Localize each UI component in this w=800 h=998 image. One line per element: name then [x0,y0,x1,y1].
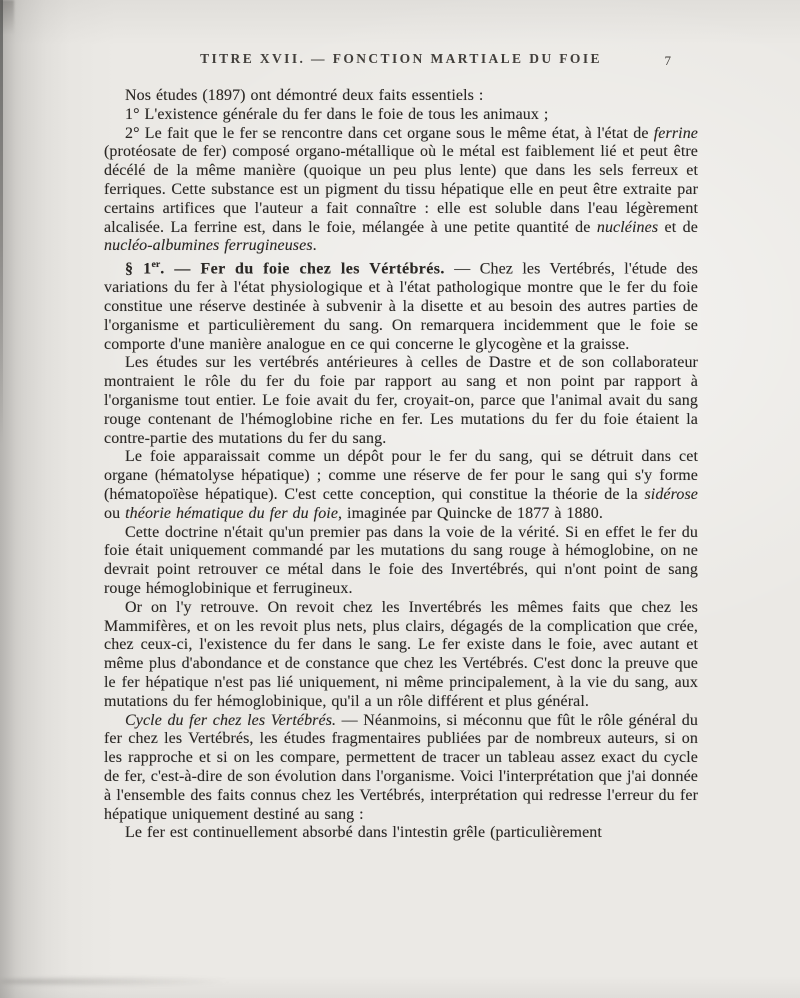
paragraph: 2° Le fait que le fer se rencontre dans … [104,125,698,257]
text-run: ferrine [654,125,698,142]
corner-smudge [0,0,14,34]
text-run: . — Fer du foie chez les Vértébrés. [160,261,445,278]
text-run: Or on l'y retrouve. On revoit chez les I… [104,599,698,710]
running-header: TITRE XVII. — FONCTION MARTIALE DU FOIE … [104,50,698,70]
scan-edge-line [0,0,3,445]
text-run: Cycle du fer chez les Vertébrés. [125,712,336,729]
paragraph: Or on l'y retrouve. On revoit chez les I… [104,599,698,712]
header-title: TITRE XVII. — FONCTION MARTIALE DU FOIE [200,51,602,66]
paragraph: Cycle du fer chez les Vertébrés. — Néanm… [104,712,698,825]
text-run: 1° L'existence générale du fer dans le f… [125,106,548,123]
text-run: nucléo-albumines ferrugineuses [104,237,313,254]
page-number: 7 [665,53,673,69]
text-run: § 1 [125,261,151,278]
text-run: 2° Le fait que le fer se rencontre dans … [125,125,654,142]
body-text: Nos études (1897) ont démontré deux fait… [104,87,698,843]
text-run: Cette doctrine n'était qu'un premier pas… [104,524,698,597]
scanned-book-page: TITRE XVII. — FONCTION MARTIALE DU FOIE … [0,0,800,998]
text-run: Le foie apparaissait comme un dépôt pour… [104,448,698,503]
paragraph: Nos études (1897) ont démontré deux fait… [104,87,698,106]
paragraph: 1° L'existence générale du fer dans le f… [104,106,698,125]
text-run: nucléines [597,219,658,236]
paragraph: Le foie apparaissait comme un dépôt pour… [104,448,698,523]
text-run: théorie hématique du fer du foie [125,505,338,522]
text-run: ou [104,505,125,522]
text-run: er [151,259,160,270]
binding-shadow [0,0,70,998]
text-run: . [313,237,317,254]
text-run: sidérose [644,486,698,503]
paragraph: Le fer est continuellement absorbé dans … [104,824,698,843]
bottom-scan-smudge [0,978,250,985]
text-run: , imaginée par Quincke de 1877 à 1880. [338,505,603,522]
paragraph: § 1er. — Fer du foie chez les Vértébrés.… [104,256,698,354]
text-run: Le fer est continuellement absorbé dans … [125,824,602,841]
text-run: et de [658,219,698,236]
text-run: Les études sur les vertébrés antérieures… [104,354,698,446]
paragraph: Cette doctrine n'était qu'un premier pas… [104,524,698,599]
text-run: Nos études (1897) ont démontré deux fait… [125,87,483,104]
paragraph: Les études sur les vertébrés antérieures… [104,354,698,448]
